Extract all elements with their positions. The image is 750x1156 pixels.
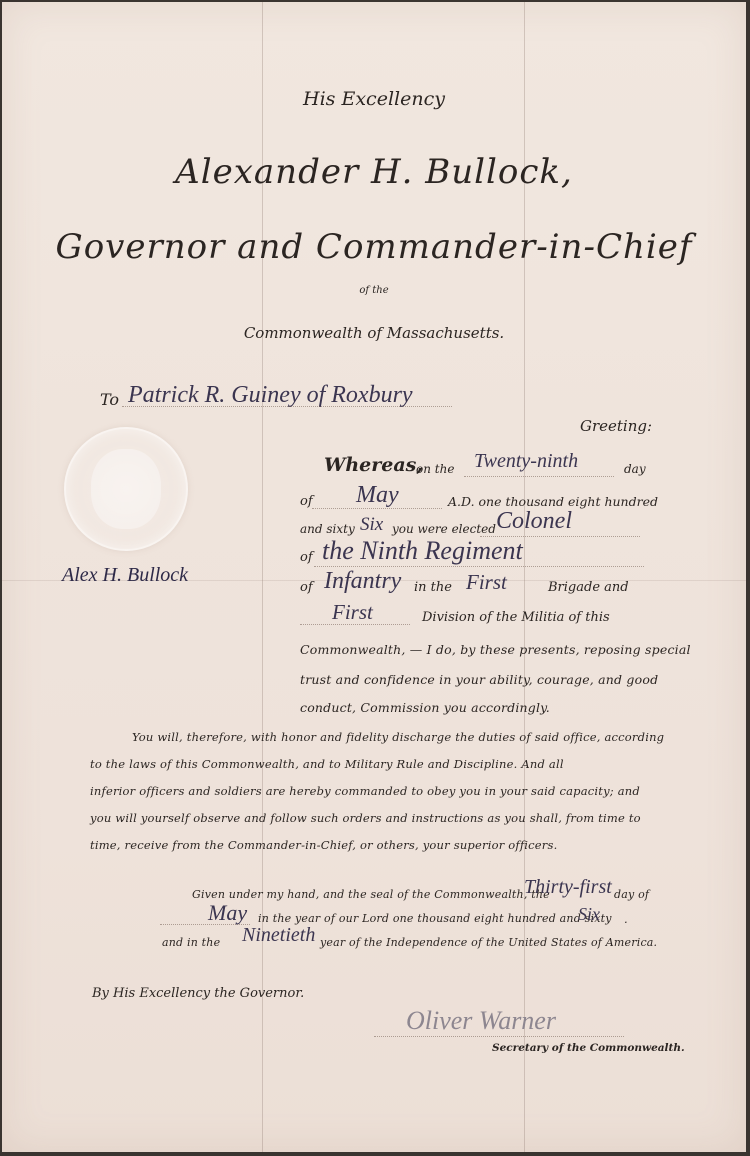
text-ad: A.D. one thousand eight hundred — [448, 494, 658, 509]
fill-line — [300, 624, 410, 625]
text-of: of — [300, 494, 313, 509]
by-governor-line: By His Excellency the Governor. — [92, 986, 304, 1001]
secretary-title: Secretary of the Commonwealth. — [492, 1042, 685, 1054]
fill-line — [312, 508, 442, 509]
text-elected: you were elected — [392, 522, 496, 536]
given-line3-suffix: year of the Independence of the United S… — [320, 936, 657, 949]
commission-document: His Excellency Alexander H. Bullock, Gov… — [2, 2, 746, 1152]
given-line3-prefix: and in the — [162, 936, 220, 949]
duties-line: inferior officers and soldiers are hereb… — [90, 784, 640, 798]
regiment: the Ninth Regiment — [322, 536, 523, 566]
fill-line — [314, 566, 644, 567]
division-ordinal: First — [332, 600, 373, 625]
text-of: of — [300, 550, 313, 565]
fill-line — [464, 476, 614, 477]
given-independence-ordinal: Ninetieth — [242, 924, 315, 947]
text-trust-line: trust and confidence in your ability, co… — [300, 672, 658, 687]
brigade-ordinal: First — [466, 570, 507, 595]
fill-line — [374, 1036, 624, 1037]
header-governor-name: Alexander H. Bullock, — [2, 152, 746, 192]
greeting-label: Greeting: — [580, 417, 652, 435]
embossed-seal — [64, 427, 188, 551]
branch: Infantry — [324, 568, 401, 595]
header-of-the: of the — [2, 285, 746, 296]
given-month: May — [208, 900, 247, 926]
period: . — [624, 912, 628, 926]
rank: Colonel — [496, 508, 572, 535]
recipient-name: Patrick R. Guiney of Roxbury — [128, 382, 413, 409]
to-label: To — [100, 390, 119, 409]
header-commonwealth: Commonwealth of Massachusetts. — [2, 324, 746, 342]
day-ordinal: Twenty-ninth — [474, 450, 578, 473]
month: May — [356, 482, 399, 509]
governor-signature: Alex H. Bullock — [62, 564, 188, 587]
given-year: Six — [578, 904, 600, 925]
whereas-word: Whereas, — [324, 454, 423, 476]
secretary-signature: Oliver Warner — [406, 1006, 556, 1036]
duties-line: You will, therefore, with honor and fide… — [132, 730, 664, 744]
header-title-excellency: His Excellency — [2, 88, 746, 110]
text-of: of — [300, 580, 313, 595]
text-in-the: in the — [414, 580, 452, 595]
text-on-the: on the — [416, 462, 454, 476]
text-conduct-line: conduct, Commission you accordingly. — [300, 700, 550, 715]
duties-line: you will yourself observe and follow suc… — [90, 811, 641, 825]
text-brigade: Brigade and — [548, 580, 629, 595]
text-and-sixty: and sixty — [300, 522, 355, 536]
duties-line: time, receive from the Commander-in-Chie… — [90, 838, 557, 852]
fill-line — [122, 406, 452, 407]
duties-line: to the laws of this Commonwealth, and to… — [90, 757, 564, 771]
fill-line — [160, 924, 250, 925]
given-day-of: day of — [614, 888, 649, 901]
year-word: Six — [360, 514, 383, 536]
given-day: Thirty-first — [524, 876, 612, 899]
text-day: day — [624, 462, 646, 476]
text-commonwealth-line: Commonwealth, — I do, by these presents,… — [300, 642, 691, 657]
text-division: Division of the Militia of this — [422, 610, 610, 625]
header-governor-title: Governor and Commander-in-Chief — [2, 227, 746, 267]
